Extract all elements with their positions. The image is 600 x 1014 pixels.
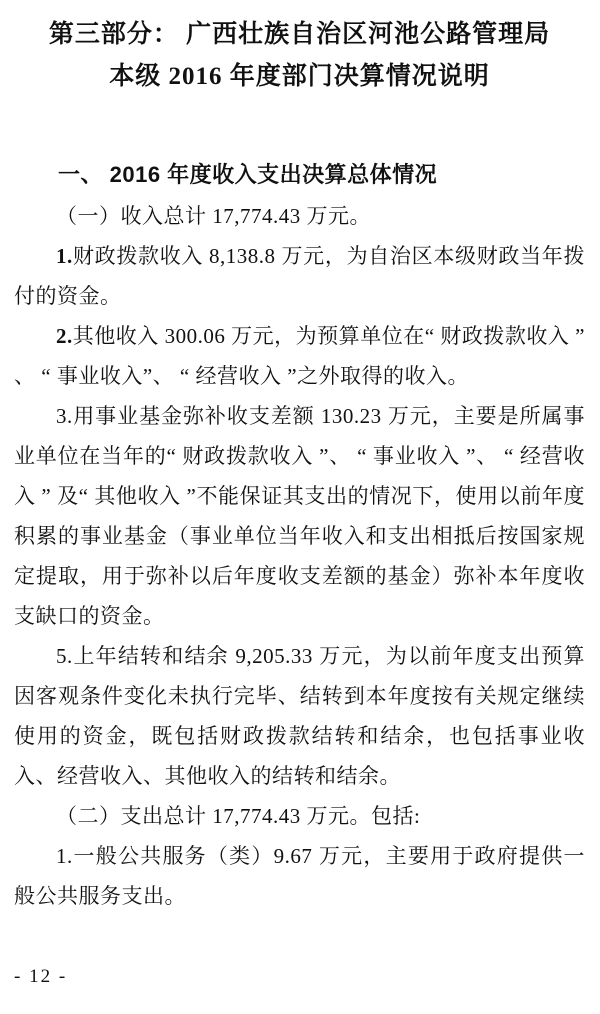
paragraph-text: 一般公共服务（类）9.67 万元，主要用于政府提供一般公共服务支出。 bbox=[14, 844, 585, 908]
document-title-line1: 第三部分： 广西壮族自治区河池公路管理局 bbox=[14, 14, 585, 56]
paragraph-prefix: 2. bbox=[56, 324, 73, 348]
document-title: 第三部分： 广西壮族自治区河池公路管理局 本级 2016 年度部门决算情况说明 bbox=[14, 14, 585, 98]
document-title-line2: 本级 2016 年度部门决算情况说明 bbox=[14, 56, 585, 98]
paragraph-text: 其他收入 300.06 万元，为预算单位在“ 财政拨款收入 ” 、 “ 事业收入… bbox=[14, 324, 585, 388]
paragraph-text: 财政拨款收入 8,138.8 万元，为自治区本级财政当年拨付的资金。 bbox=[14, 244, 585, 308]
paragraph-prefix: 1. bbox=[56, 244, 73, 268]
paragraph-prefix: 5. bbox=[56, 644, 73, 668]
paragraph-general-public-service: 1.一般公共服务（类）9.67 万元，主要用于政府提供一般公共服务支出。 bbox=[14, 836, 585, 916]
paragraph-other-income: 2.其他收入 300.06 万元，为预算单位在“ 财政拨款收入 ” 、 “ 事业… bbox=[14, 316, 585, 396]
paragraph-prefix: （二） bbox=[56, 804, 121, 828]
paragraph-text: 支出总计 17,774.43 万元。包括: bbox=[121, 804, 421, 828]
paragraph-prefix: 1. bbox=[56, 844, 73, 868]
paragraph-text: 用事业基金弥补收支差额 130.23 万元，主要是所属事业单位在当年的“ 财政拨… bbox=[14, 404, 585, 628]
section-heading: 一、 2016 年度收入支出决算总体情况 bbox=[14, 154, 585, 196]
paragraph-text: 收入总计 17,774.43 万元。 bbox=[121, 204, 372, 228]
paragraph-expenditure-total: （二）支出总计 17,774.43 万元。包括: bbox=[14, 796, 585, 836]
paragraph-income-total: （一）收入总计 17,774.43 万元。 bbox=[14, 196, 585, 236]
paragraph-prefix: （一） bbox=[56, 204, 121, 228]
paragraph-prefix: 3. bbox=[56, 404, 73, 428]
paragraph-career-fund-offset: 3.用事业基金弥补收支差额 130.23 万元，主要是所属事业单位在当年的“ 财… bbox=[14, 396, 585, 636]
paragraph-text: 上年结转和结余 9,205.33 万元，为以前年度支出预算因客观条件变化未执行完… bbox=[14, 644, 585, 788]
page-number: - 12 - bbox=[14, 966, 67, 988]
paragraph-carryover-balance: 5.上年结转和结余 9,205.33 万元，为以前年度支出预算因客观条件变化未执… bbox=[14, 636, 585, 796]
document-page: 第三部分： 广西壮族自治区河池公路管理局 本级 2016 年度部门决算情况说明 … bbox=[0, 0, 600, 1014]
paragraph-fiscal-appropriation-income: 1.财政拨款收入 8,138.8 万元，为自治区本级财政当年拨付的资金。 bbox=[14, 236, 585, 316]
